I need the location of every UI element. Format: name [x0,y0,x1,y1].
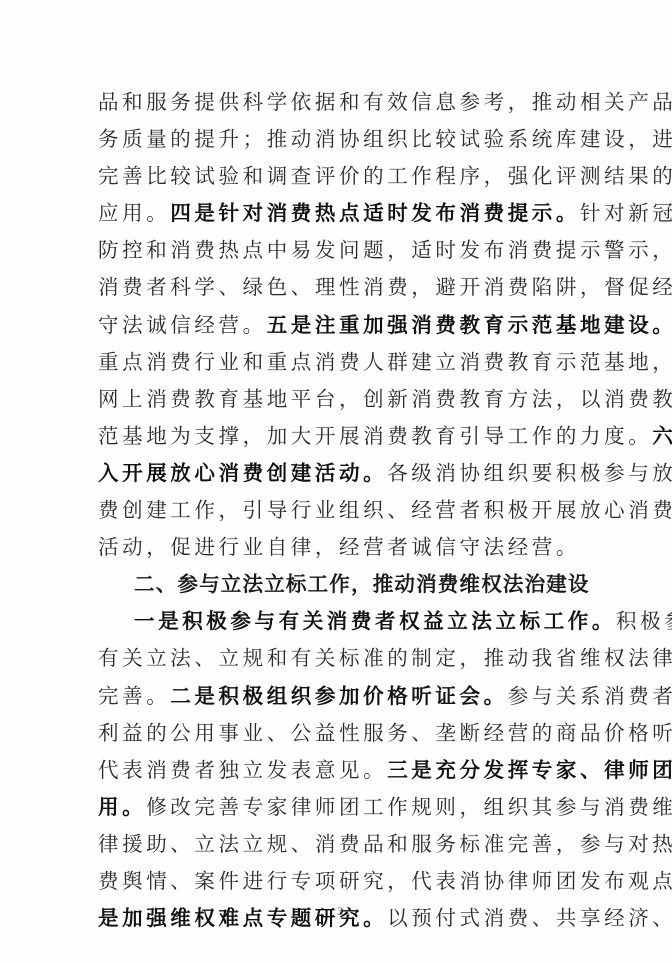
text-span: 活动，促进行业自律，经营者诚信守法经营。 [98,535,580,559]
bold-text: 五是注重加强消费教育示范基地建设。 [267,313,672,337]
bold-text: 入开展放心消费创建活动。 [98,461,387,485]
text-span: 费舆情、案件进行专项研究，代表消协律师团发布观点。 [98,869,672,893]
text-span: 防控和消费热点中易发问题，适时发布消费提示警示，引导 [98,238,672,262]
text-span: 消费者科学、绿色、理性消费，避开消费陷阱，督促经营者 [98,275,672,299]
text-line: 费舆情、案件进行专项研究，代表消协律师团发布观点。四 [98,863,584,900]
text-span: 利益的公用事业、公益性服务、垄断经营的商品价格听证会， [98,721,672,745]
text-span: 守法诚信经营。 [98,313,267,337]
text-span: 修改完善专家律师团工作规则，组织其参与消费维权法 [146,795,672,819]
text-span: 针对新冠肺炎 [580,201,672,225]
bold-text: 二是积极组织参加价格听证会。 [170,684,507,708]
text-line: 范基地为支撑，加大开展消费教育引导工作的力度。六是深 [98,418,584,455]
text-span: 律援助、立法立规、消费品和服务标准完善，参与对热点消 [98,832,672,856]
text-span: 代表消费者独立发表意见。 [98,758,387,782]
text-span: 务质量的提升；推动消协组织比较试验系统库建设，进一步 [98,127,672,151]
text-span: 网上消费教育基地平台，创新消费教育方法，以消费教育示 [98,387,672,411]
text-span: 范基地为支撑，加大开展消费教育引导工作的力度。 [98,424,652,448]
text-line: 应用。四是针对消费热点适时发布消费提示。针对新冠肺炎 [98,195,584,232]
text-line: 代表消费者独立发表意见。三是充分发挥专家、律师团的作 [98,752,584,789]
text-span: 以预付式消费、共享经济、个人 [387,906,672,930]
text-line: 入开展放心消费创建活动。各级消协组织要积极参与放心消 [98,455,584,492]
text-span: 完善比较试验和调查评价的工作程序，强化评测结果的社会 [98,164,672,188]
text-span: 积极参与 [616,609,672,633]
text-line: 一是积极参与有关消费者权益立法立标工作。积极参与 [98,603,584,640]
text-line: 网上消费教育基地平台，创新消费教育方法，以消费教育示 [98,381,584,418]
text-line: 费创建工作，引导行业组织、经营者积极开展放心消费创建 [98,492,584,529]
text-line: 用。修改完善专家律师团工作规则，组织其参与消费维权法 [98,789,584,826]
bold-text: 一是积极参与有关消费者权益立法立标工作。 [134,609,616,633]
body-text: 品和服务提供科学依据和有效信息参考，推动相关产品和服务质量的提升；推动消协组织比… [98,84,584,937]
text-span: 参与关系消费者切身 [508,684,672,708]
text-line: 完善。二是积极组织参加价格听证会。参与关系消费者切身 [98,678,584,715]
text-line: 利益的公用事业、公益性服务、垄断经营的商品价格听证会， [98,715,584,752]
text-span: 应用。 [98,201,170,225]
text-span: 有关立法、立规和有关标准的制定，推动我省维权法律制度 [98,646,672,670]
document-page: 品和服务提供科学依据和有效信息参考，推动相关产品和服务质量的提升；推动消协组织比… [0,0,672,965]
text-line: 律援助、立法立规、消费品和服务标准完善，参与对热点消 [98,826,584,863]
text-span: 各级消协组织要积极参与放心消 [387,461,672,485]
text-line: 有关立法、立规和有关标准的制定，推动我省维权法律制度 [98,640,584,677]
text-span: 费创建工作，引导行业组织、经营者积极开展放心消费创建 [98,498,672,522]
text-line: 守法诚信经营。五是注重加强消费教育示范基地建设。针对 [98,307,584,344]
bold-text: 六是深 [652,424,672,448]
bold-text: 三是充分发挥专家、律师团的作 [387,758,672,782]
text-line: 防控和消费热点中易发问题，适时发布消费提示警示，引导 [98,232,584,269]
section-heading: 二、参与立法立标工作，推动消费维权法治建设 [98,566,584,603]
text-span: 品和服务提供科学依据和有效信息参考，推动相关产品和服 [98,90,672,114]
page-number: 3 [330,904,350,919]
text-span: 重点消费行业和重点消费人群建立消费教育示范基地，建设 [98,350,672,374]
bold-text: 用。 [98,795,146,819]
bold-text: 二、参与立法立标工作，推动消费维权法治建设 [134,572,590,596]
text-line: 务质量的提升；推动消协组织比较试验系统库建设，进一步 [98,121,584,158]
text-line: 消费者科学、绿色、理性消费，避开消费陷阱，督促经营者 [98,269,584,306]
bold-text: 四是针对消费热点适时发布消费提示。 [170,201,580,225]
text-line: 品和服务提供科学依据和有效信息参考，推动相关产品和服 [98,84,584,121]
text-span: 完善。 [98,684,170,708]
text-line: 重点消费行业和重点消费人群建立消费教育示范基地，建设 [98,344,584,381]
text-line: 完善比较试验和调查评价的工作程序，强化评测结果的社会 [98,158,584,195]
text-line: 活动，促进行业自律，经营者诚信守法经营。 [98,529,584,566]
